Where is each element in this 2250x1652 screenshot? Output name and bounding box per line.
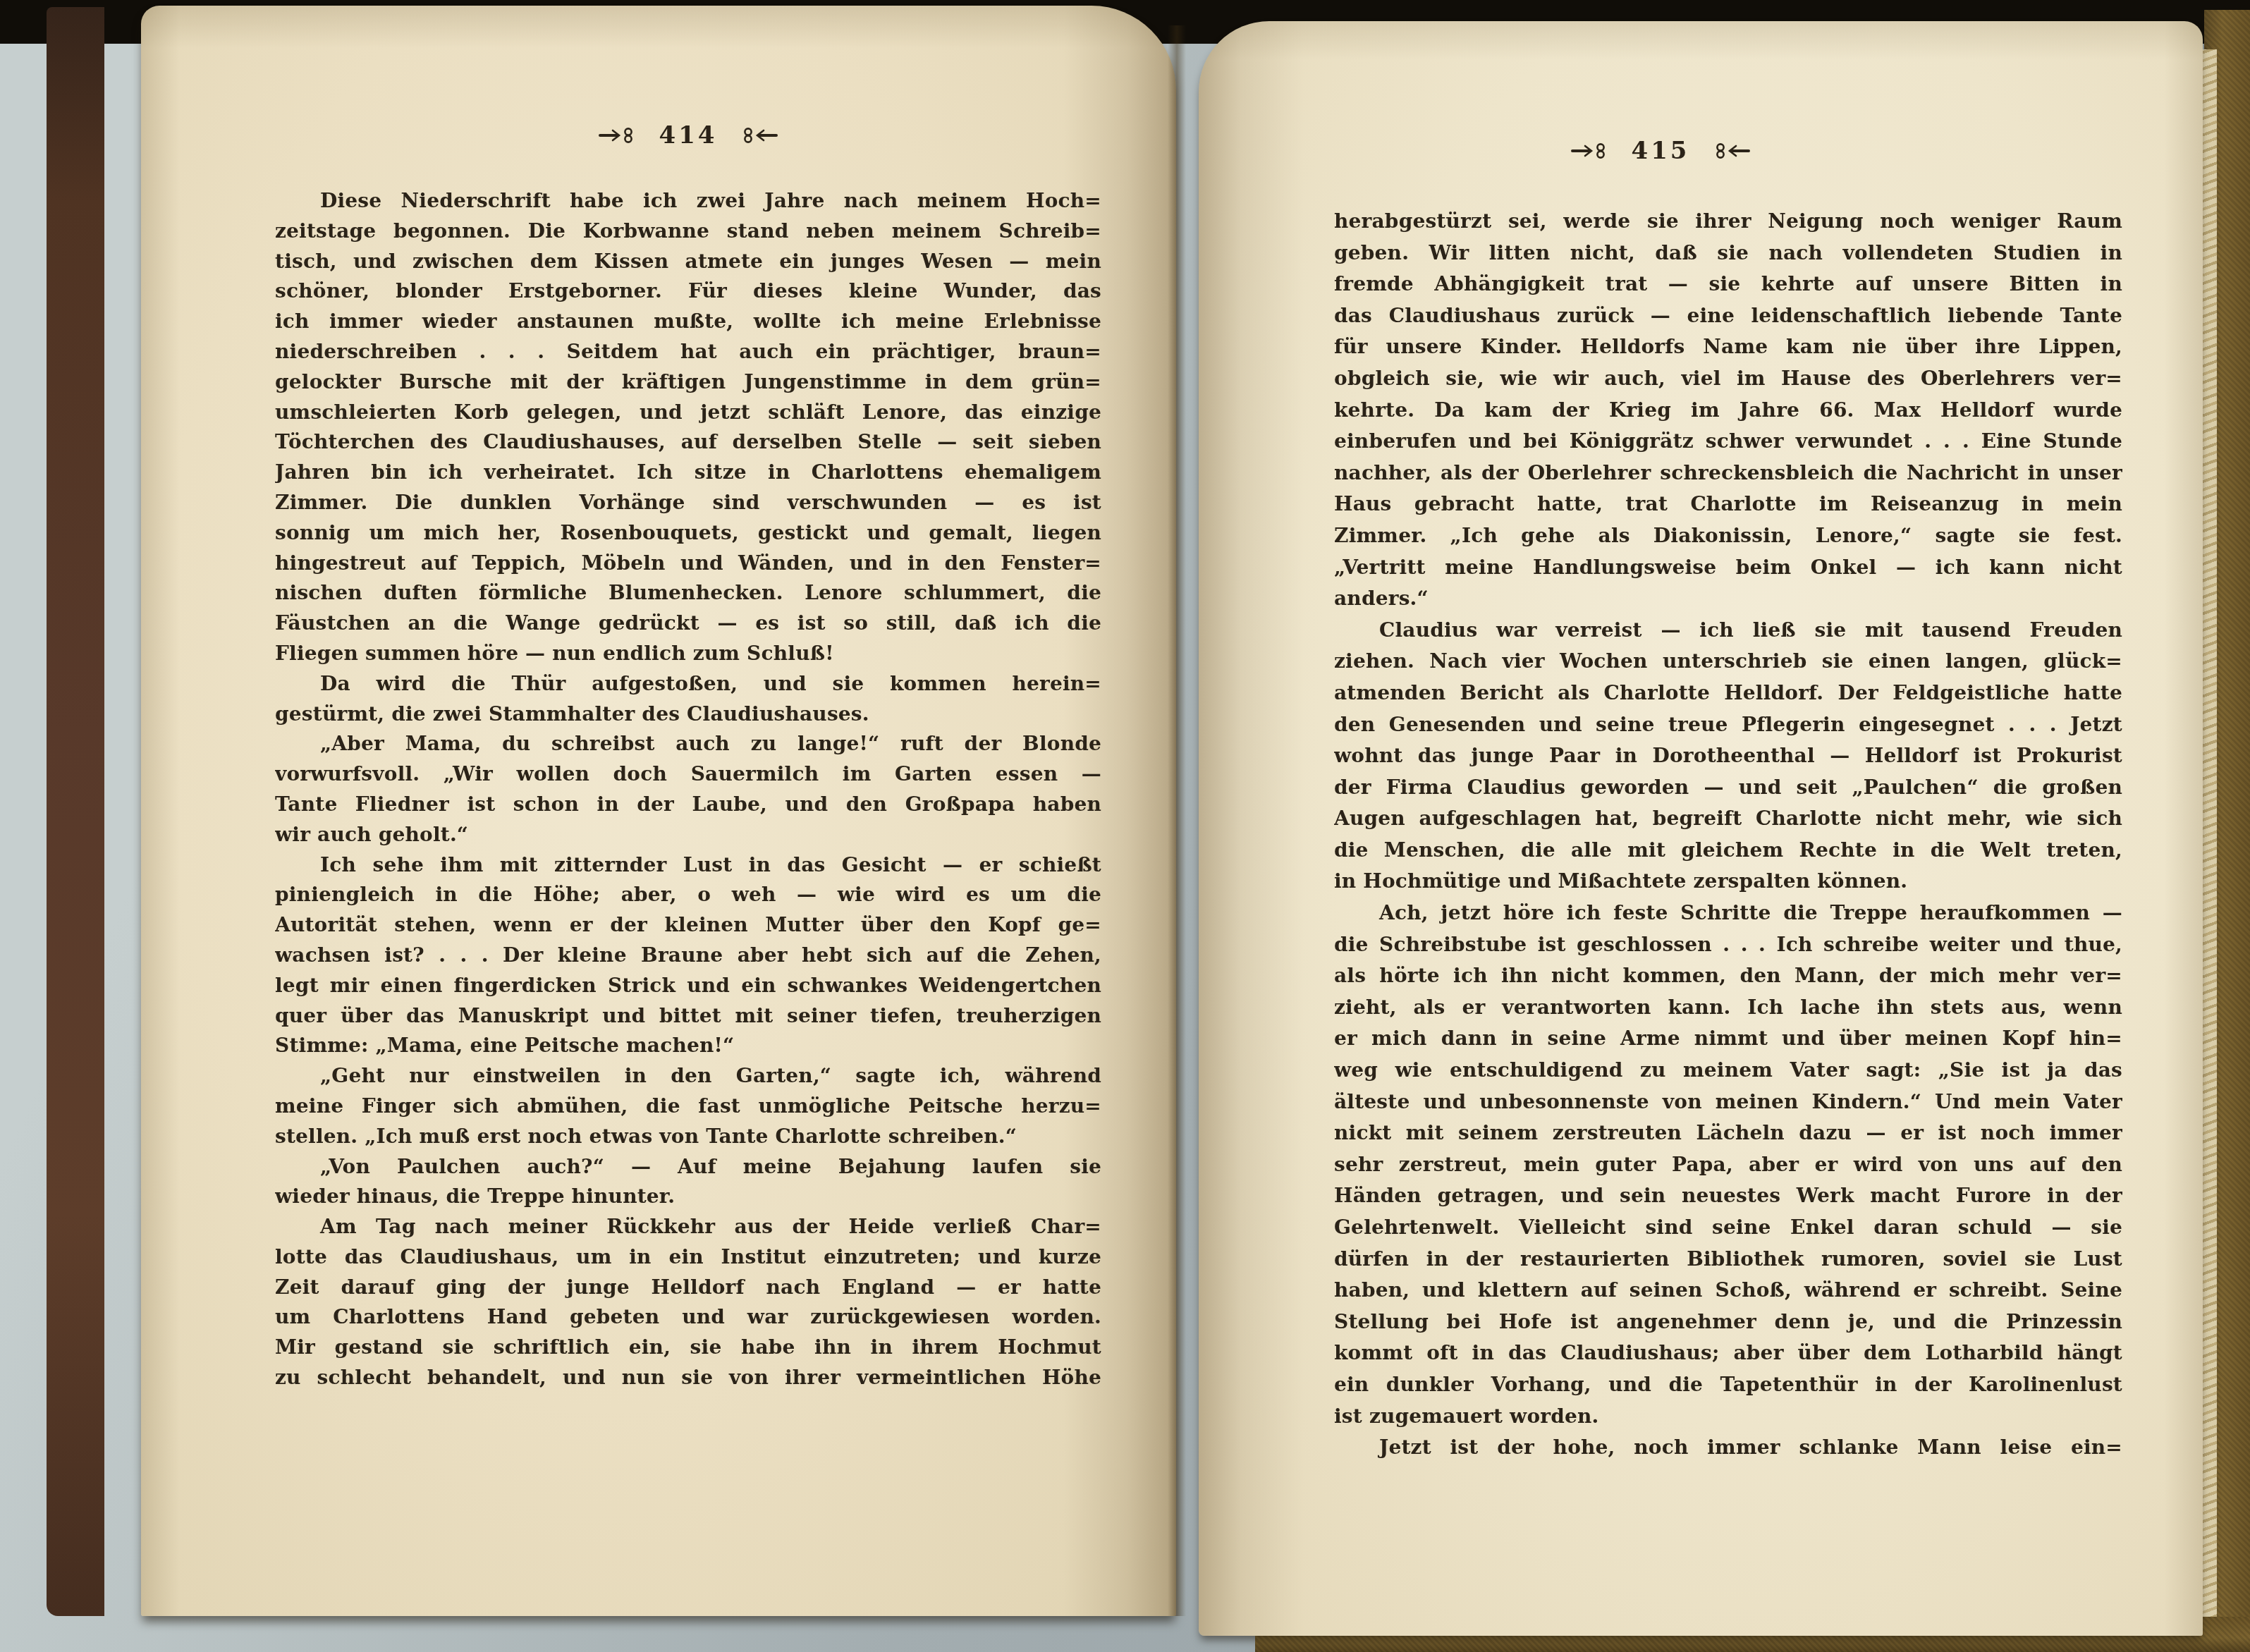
- header-ornament-right-icon: [738, 127, 778, 144]
- text-line: wieder hinaus, die Treppe hinunter.: [275, 1182, 1101, 1212]
- text-line: wachsen ist? . . . Der kleine Braune abe…: [275, 941, 1101, 971]
- text-line: in Hochmütige und Mißachtete zerspalten …: [1334, 866, 2122, 898]
- text-line: stellen. „Ich muß erst noch etwas von Ta…: [275, 1122, 1101, 1152]
- text-line: Augen aufgeschlagen hat, begreift Charlo…: [1334, 803, 2122, 835]
- text-line: Da wird die Thür aufgestoßen, und sie ko…: [275, 669, 1101, 699]
- text-line: die Menschen, die alle mit gleichem Rech…: [1334, 835, 2122, 867]
- text-line: dürfen in der restaurierten Bibliothek r…: [1334, 1244, 2122, 1275]
- text-line: kommt oft in das Claudiushaus; aber über…: [1334, 1338, 2122, 1369]
- text-line: herabgestürzt sei, werde sie ihrer Neigu…: [1334, 206, 2122, 238]
- text-line: Händen getragen, und sein neuestes Werk …: [1334, 1180, 2122, 1212]
- text-line: um Charlottens Hand gebeten und war zurü…: [275, 1302, 1101, 1333]
- text-line: älteste und unbesonnenste von meinen Kin…: [1334, 1087, 2122, 1118]
- text-line: er mich dann in seine Arme nimmt und übe…: [1334, 1023, 2122, 1055]
- text-line: Haus gebracht hatte, trat Charlotte im R…: [1334, 489, 2122, 520]
- page-number: 415: [1632, 137, 1690, 165]
- text-line: Claudius war verreist — ich ließ sie mit…: [1334, 615, 2122, 647]
- text-line: kehrte. Da kam der Krieg im Jahre 66. Ma…: [1334, 395, 2122, 427]
- text-line: tisch, und zwischen dem Kissen atmete ei…: [275, 247, 1101, 277]
- text-line: fremde Abhängigkeit trat — sie kehrte au…: [1334, 269, 2122, 300]
- text-line: quer über das Manuskript und bittet mit …: [275, 1001, 1101, 1032]
- text-line: Autorität stehen, wenn er der kleinen Mu…: [275, 910, 1101, 941]
- text-line: haben, und klettern auf seinen Schoß, wä…: [1334, 1275, 2122, 1307]
- text-line: Stimme: „Mama, eine Peitsche machen!“: [275, 1031, 1101, 1061]
- text-line: anders.“: [1334, 583, 2122, 615]
- text-line: wohnt das junge Paar in Dorotheenthal — …: [1334, 740, 2122, 772]
- text-line: Jetzt ist der hohe, noch immer schlanke …: [1334, 1432, 2122, 1464]
- text-line: zieht, als er verantworten kann. Ich lac…: [1334, 992, 2122, 1024]
- text-line: „Vertritt meine Handlungsweise beim Onke…: [1334, 552, 2122, 584]
- text-line: niederschreiben . . . Seitdem hat auch e…: [275, 337, 1101, 367]
- text-line: Fäustchen an die Wange gedrückt — es ist…: [275, 608, 1101, 639]
- text-line: „Von Paulchen auch?“ — Auf meine Bejahun…: [275, 1152, 1101, 1182]
- text-line: „Geht nur einstweilen in den Garten,“ sa…: [275, 1061, 1101, 1091]
- text-line: vorwurfsvoll. „Wir wollen doch Sauermilc…: [275, 759, 1101, 790]
- text-line: ein dunkler Vorhang, und die Tapetenthür…: [1334, 1369, 2122, 1401]
- text-line: wir auch geholt.“: [275, 820, 1101, 850]
- text-line: geben. Wir litten nicht, daß sie nach vo…: [1334, 238, 2122, 269]
- text-line: ziehen. Nach vier Wochen unterschrieb si…: [1334, 646, 2122, 678]
- text-line: nachher, als der Oberlehrer schreckensbl…: [1334, 458, 2122, 489]
- text-line: zu schlecht behandelt, und nun sie von i…: [275, 1363, 1101, 1393]
- text-line: piniengleich in die Höhe; aber, o weh — …: [275, 880, 1101, 910]
- text-line: ich immer wieder anstaunen mußte, wollte…: [275, 307, 1101, 337]
- header-ornament-left-icon: [1571, 142, 1610, 159]
- page-text: Diese Niederschrift habe ich zwei Jahre …: [275, 186, 1101, 1393]
- text-line: hingestreut auf Teppich, Möbeln und Wänd…: [275, 549, 1101, 579]
- text-line: Zimmer. Die dunklen Vorhänge sind versch…: [275, 488, 1101, 518]
- text-line: nischen duften förmliche Blumenhecken. L…: [275, 578, 1101, 608]
- text-line: ist zugemauert worden.: [1334, 1401, 2122, 1433]
- text-line: meine Finger sich abmühen, die fast unmö…: [275, 1091, 1101, 1122]
- text-line: Am Tag nach meiner Rückkehr aus der Heid…: [275, 1212, 1101, 1242]
- text-line: legt mir einen fingerdicken Strick und e…: [275, 971, 1101, 1001]
- text-line: Fliegen summen höre — nun endlich zum Sc…: [275, 639, 1101, 669]
- text-line: Zimmer. „Ich gehe als Diakonissin, Lenor…: [1334, 520, 2122, 552]
- text-line: zeitstage begonnen. Die Korbwanne stand …: [275, 216, 1101, 247]
- text-line: gestürmt, die zwei Stammhalter des Claud…: [275, 699, 1101, 730]
- left-cover-edge: [47, 7, 104, 1616]
- book-scan-photo: { "colors": { "bg-light": "#c6cfcf", "bg…: [0, 0, 2250, 1652]
- gutter-shadow: [1168, 25, 1186, 1616]
- text-line: „Aber Mama, du schreibst auch zu lange!“…: [275, 729, 1101, 759]
- page-stack-edge: [100, 18, 147, 1610]
- header-ornament-right-icon: [1711, 142, 1750, 159]
- text-line: Ach, jetzt höre ich feste Schritte die T…: [1334, 898, 2122, 929]
- text-line: für unsere Kinder. Helldorfs Name kam ni…: [1334, 331, 2122, 363]
- text-line: Stellung bei Hofe ist angenehmer denn je…: [1334, 1307, 2122, 1338]
- text-line: gelockter Bursche mit der kräftigen Jung…: [275, 367, 1101, 398]
- text-line: Zeit darauf ging der junge Helldorf nach…: [275, 1273, 1101, 1303]
- page-header: 415: [1266, 137, 2055, 165]
- left-page: 414 Diese Niederschrift habe ich zwei Ja…: [141, 6, 1176, 1616]
- text-line: sonnig um mich her, Rosenbouquets, gesti…: [275, 518, 1101, 549]
- text-line: der Firma Claudius geworden — und seit „…: [1334, 772, 2122, 804]
- text-line: umschleierten Korb gelegen, und jetzt sc…: [275, 398, 1101, 428]
- text-line: weg wie entschuldigend zu meinem Vater s…: [1334, 1055, 2122, 1087]
- text-line: atmenden Bericht als Charlotte Helldorf.…: [1334, 678, 2122, 709]
- text-line: nickt mit seinem zerstreuten Lächeln daz…: [1334, 1118, 2122, 1149]
- text-line: als hörte ich ihn nicht kommen, den Mann…: [1334, 960, 2122, 992]
- text-line: Gelehrtenwelt. Vielleicht sind seine Enk…: [1334, 1212, 2122, 1244]
- text-line: schöner, blonder Erstgeborner. Für diese…: [275, 276, 1101, 307]
- text-line: Mir gestand sie schriftlich ein, sie hab…: [275, 1333, 1101, 1363]
- text-line: obgleich sie, wie wir auch, viel im Haus…: [1334, 363, 2122, 395]
- page-header: 414: [275, 121, 1101, 149]
- header-ornament-left-icon: [599, 127, 638, 144]
- page-number: 414: [659, 121, 718, 149]
- text-line: lotte das Claudiushaus, um in ein Instit…: [275, 1242, 1101, 1273]
- text-line: Töchterchen des Claudiushauses, auf ders…: [275, 427, 1101, 458]
- text-line: sehr zerstreut, mein guter Papa, aber er…: [1334, 1149, 2122, 1181]
- text-line: Jahren bin ich verheiratet. Ich sitze in…: [275, 458, 1101, 488]
- text-line: den Genesenden und seine treue Pflegerin…: [1334, 709, 2122, 741]
- page-text: herabgestürzt sei, werde sie ihrer Neigu…: [1334, 206, 2122, 1464]
- text-line: Tante Fliedner ist schon in der Laube, u…: [275, 790, 1101, 820]
- text-line: Diese Niederschrift habe ich zwei Jahre …: [275, 186, 1101, 216]
- text-line: das Claudiushaus zurück — eine leidensch…: [1334, 300, 2122, 332]
- right-page: 415 herabgestürzt sei, werde sie ihrer N…: [1199, 21, 2203, 1636]
- text-line: Ich sehe ihm mit zitternder Lust in das …: [275, 850, 1101, 881]
- text-line: einberufen und bei Königgrätz schwer ver…: [1334, 426, 2122, 458]
- text-line: die Schreibstube ist geschlossen . . . I…: [1334, 929, 2122, 961]
